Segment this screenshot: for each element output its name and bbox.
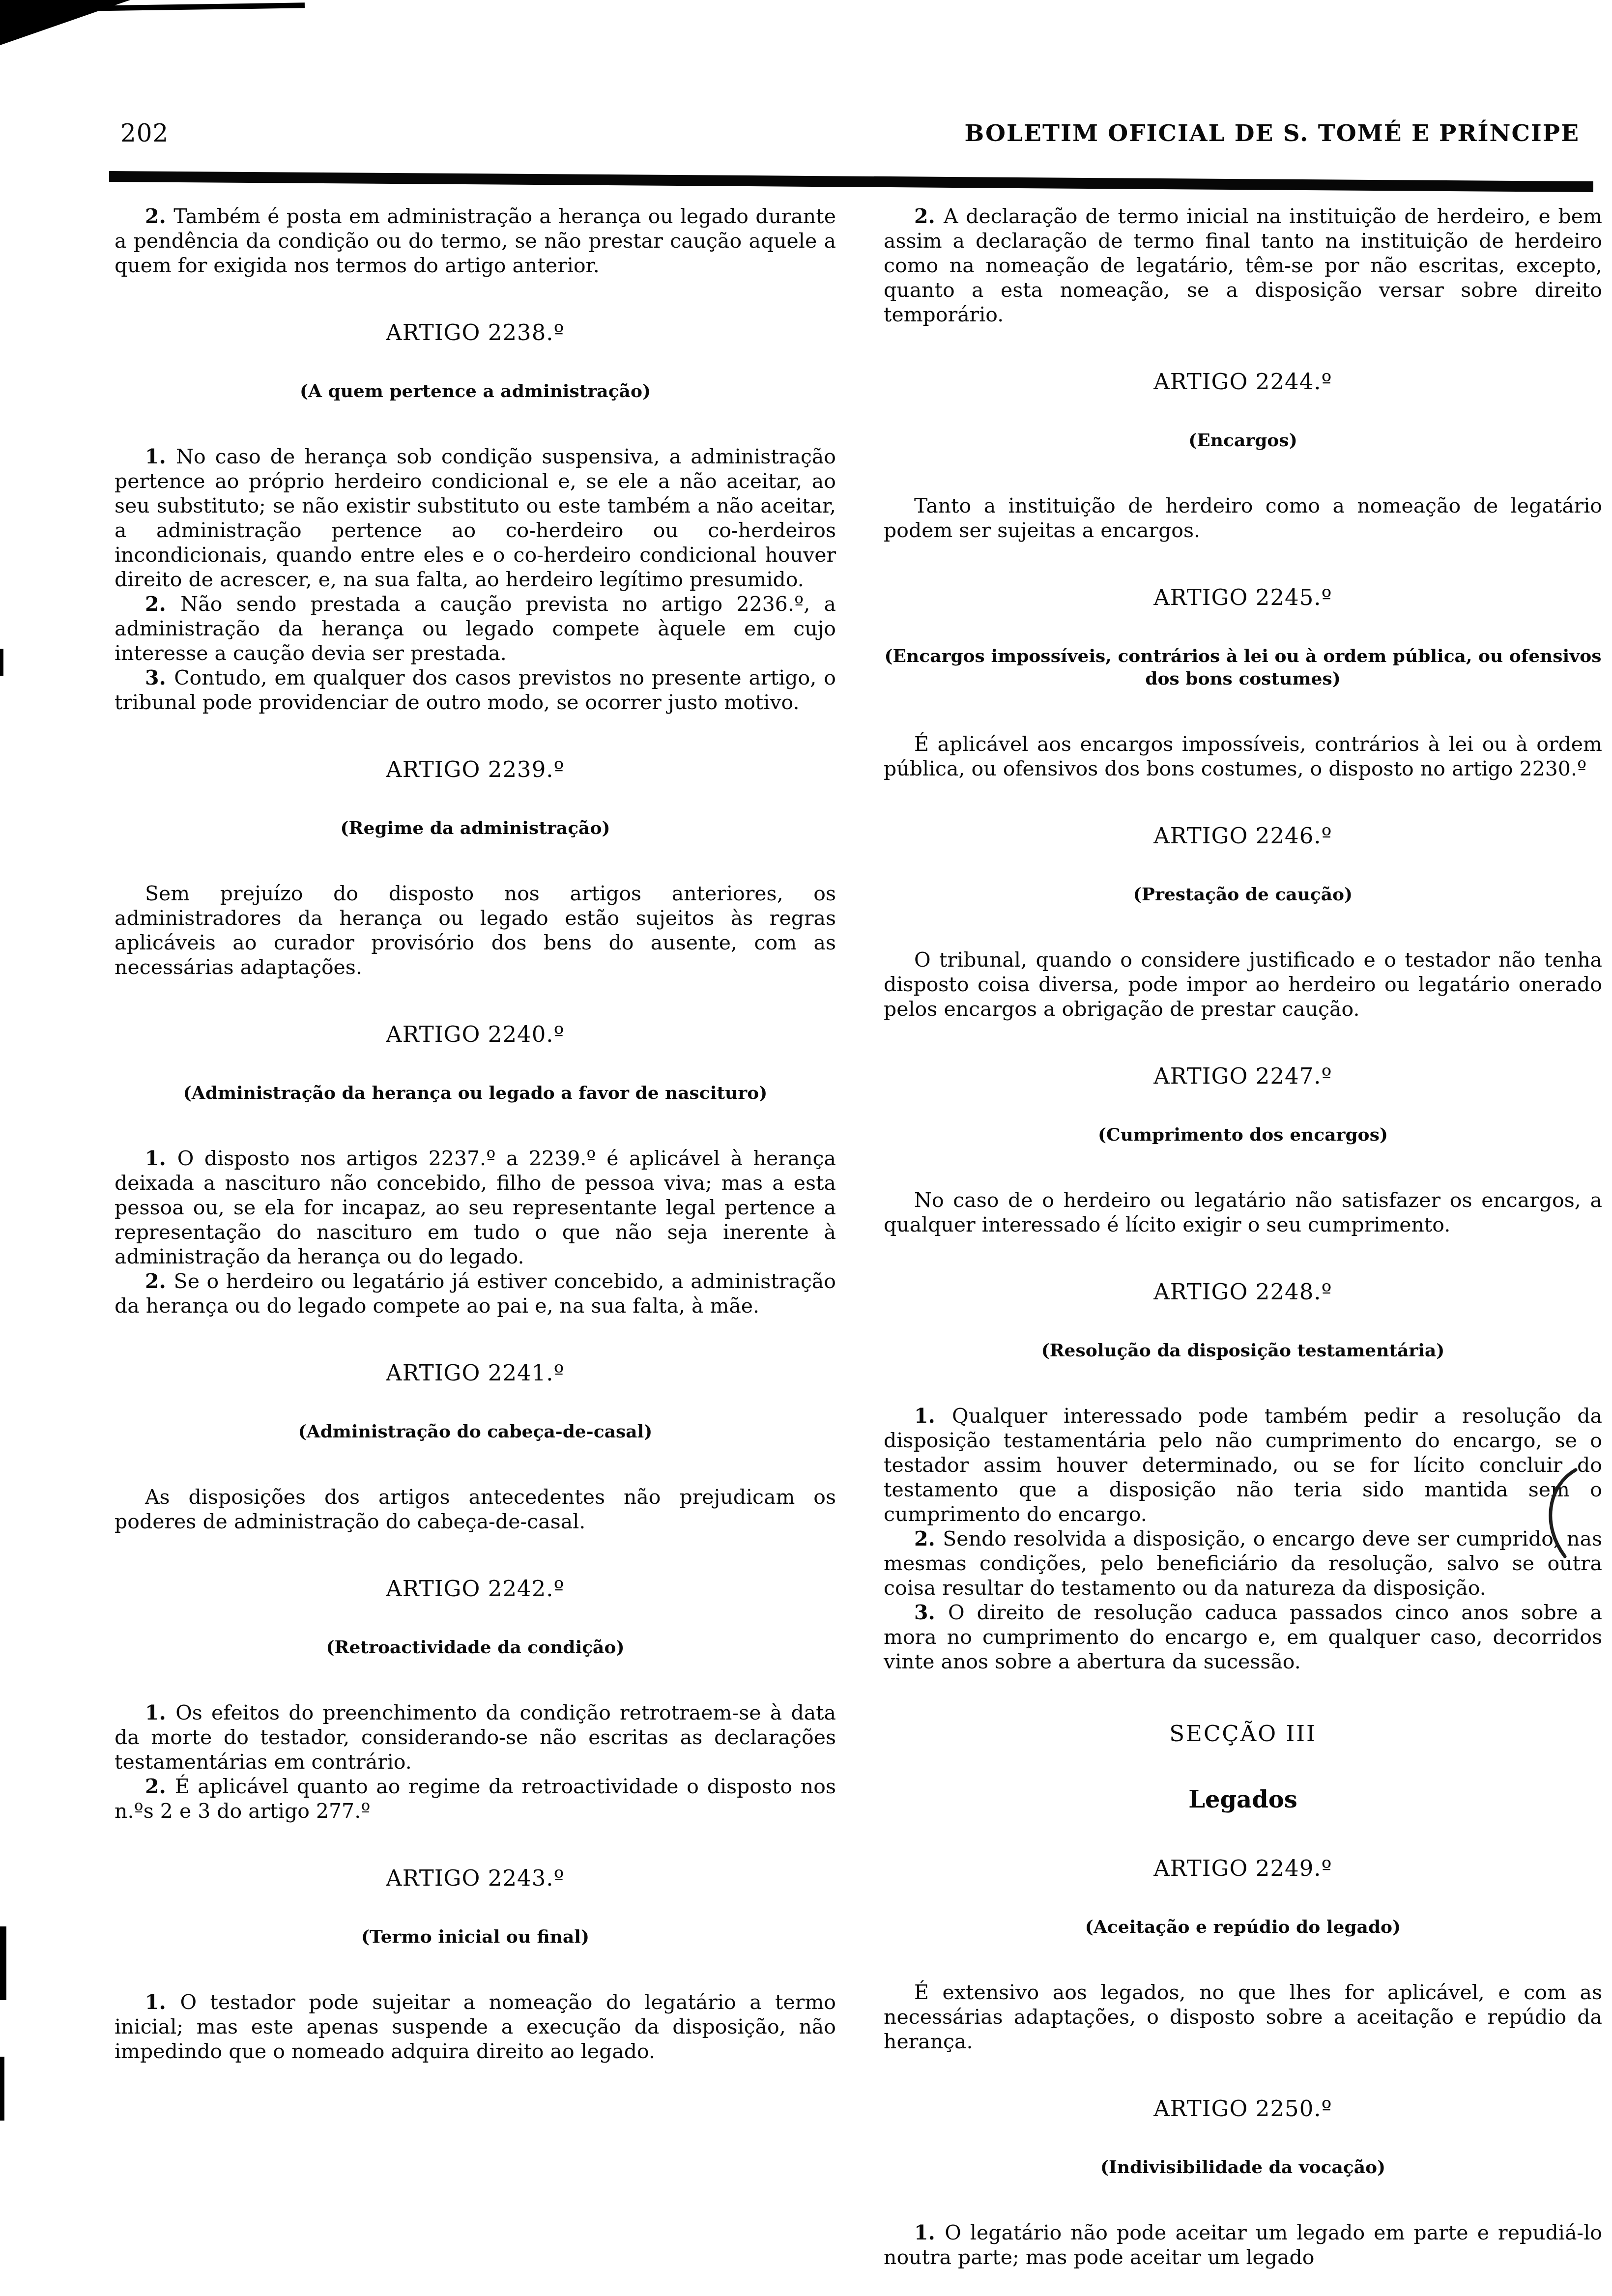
left-column: 2. Também é posta em administração a her…: [115, 204, 836, 2064]
body-paragraph: 1. O legatário não pode aceitar um legad…: [884, 2220, 1602, 2269]
artigo-heading: ARTIGO 2246.º: [884, 823, 1602, 849]
body-paragraph: 1. Qualquer interessado pode também pedi…: [884, 1404, 1602, 1526]
body-paragraph: 2. Sendo resolvida a disposição, o encar…: [884, 1526, 1602, 1600]
scan-edge-artifact: [0, 1926, 6, 2000]
paragraph-number: 2.: [914, 1527, 943, 1550]
paragraph-number: 1.: [145, 1701, 175, 1724]
body-paragraph: 2. Se o herdeiro ou legatário já estiver…: [115, 1269, 836, 1318]
artigo-subtitle: (A quem pertence a administração): [115, 380, 836, 402]
body-paragraph: O tribunal, quando o considere justifica…: [884, 947, 1602, 1021]
paragraph-number: 3.: [914, 1601, 948, 1624]
body-paragraph: 1. No caso de herança sob condição suspe…: [115, 444, 836, 592]
artigo-subtitle: (Cumprimento dos encargos): [884, 1123, 1602, 1146]
body-paragraph: Sem prejuízo do disposto nos artigos ant…: [115, 881, 836, 979]
artigo-subtitle: (Administração do cabeça-de-casal): [115, 1420, 836, 1443]
gazette-title: BOLETIM OFICIAL DE S. TOMÉ E PRÍNCIPE: [965, 120, 1580, 147]
artigo-subtitle: (Regime da administração): [115, 817, 836, 839]
paragraph-number: 1.: [145, 445, 176, 468]
page-number: 202: [120, 119, 169, 147]
body-paragraph: 1. Os efeitos do preenchimento da condiç…: [115, 1700, 836, 1774]
artigo-heading: ARTIGO 2244.º: [884, 369, 1602, 395]
body-paragraph: É aplicável aos encargos impossíveis, co…: [884, 732, 1602, 781]
artigo-subtitle: (Prestação de caução): [884, 883, 1602, 906]
body-paragraph: Tanto a instituição de herdeiro como a n…: [884, 493, 1602, 543]
artigo-heading: ARTIGO 2245.º: [884, 584, 1602, 610]
body-paragraph: As disposições dos artigos antecedentes …: [115, 1485, 836, 1534]
section-heading: SECÇÃO III: [884, 1721, 1602, 1747]
scan-edge-artifact: [0, 2057, 4, 2121]
body-paragraph: É extensivo aos legados, no que lhes for…: [884, 1980, 1602, 2054]
paragraph-number: 2.: [145, 1269, 174, 1293]
artigo-subtitle: (Termo inicial ou final): [115, 1925, 836, 1948]
artigo-subtitle: (Resolução da disposição testamentária): [884, 1339, 1602, 1362]
paragraph-number: 2.: [145, 204, 173, 228]
body-paragraph: No caso de o herdeiro ou legatário não s…: [884, 1188, 1602, 1237]
artigo-heading: ARTIGO 2239.º: [115, 756, 836, 782]
scan-edge-artifact: [0, 649, 3, 676]
body-paragraph: 1. O testador pode sujeitar a nomeação d…: [115, 1990, 836, 2064]
artigo-subtitle: (Aceitação e repúdio do legado): [884, 1916, 1602, 1938]
body-paragraph: 2. Não sendo prestada a caução prevista …: [115, 592, 836, 665]
right-column: 2. A declaração de termo inicial na inst…: [884, 204, 1602, 2269]
artigo-heading: ARTIGO 2243.º: [115, 1865, 836, 1891]
artigo-subtitle: (Administração da herança ou legado a fa…: [115, 1082, 836, 1104]
body-paragraph: 2. É aplicável quanto ao regime da retro…: [115, 1774, 836, 1823]
body-paragraph: 1. O disposto nos artigos 2237.º a 2239.…: [115, 1146, 836, 1269]
header-rule: [109, 171, 1593, 192]
artigo-subtitle: (Encargos): [884, 429, 1602, 452]
artigo-heading: ARTIGO 2240.º: [115, 1021, 836, 1047]
paragraph-number: 2.: [145, 592, 180, 616]
paragraph-number: 1.: [914, 1404, 952, 1428]
artigo-subtitle: (Encargos impossíveis, contrários à lei …: [884, 645, 1602, 690]
paragraph-number: 3.: [145, 666, 174, 689]
artigo-heading: ARTIGO 2248.º: [884, 1279, 1602, 1305]
body-paragraph: 2. A declaração de termo inicial na inst…: [884, 204, 1602, 327]
artigo-subtitle: (Indivisibilidade da vocação): [884, 2156, 1602, 2179]
gazette-page: 202 BOLETIM OFICIAL DE S. TOMÉ E PRÍNCIP…: [0, 0, 1612, 2296]
body-paragraph: 3. Contudo, em qualquer dos casos previs…: [115, 665, 836, 715]
body-paragraph: 3. O direito de resolução caduca passado…: [884, 1600, 1602, 1674]
paragraph-number: 1.: [145, 1147, 177, 1170]
paragraph-number: 1.: [914, 2221, 945, 2244]
artigo-heading: ARTIGO 2241.º: [115, 1360, 836, 1386]
artigo-heading: ARTIGO 2247.º: [884, 1063, 1602, 1089]
paragraph-number: 1.: [145, 1990, 180, 2014]
artigo-subtitle: (Retroactividade da condição): [115, 1636, 836, 1659]
paragraph-number: 2.: [145, 1775, 175, 1798]
body-paragraph: 2. Também é posta em administração a her…: [115, 204, 836, 278]
artigo-heading: ARTIGO 2242.º: [115, 1576, 836, 1602]
artigo-heading: ARTIGO 2250.º: [884, 2095, 1602, 2122]
handwritten-mark: [1537, 1467, 1584, 1562]
section-title: Legados: [884, 1786, 1602, 1813]
artigo-heading: ARTIGO 2249.º: [884, 1855, 1602, 1881]
artigo-heading: ARTIGO 2238.º: [115, 319, 836, 345]
paragraph-number: 2.: [914, 204, 944, 228]
